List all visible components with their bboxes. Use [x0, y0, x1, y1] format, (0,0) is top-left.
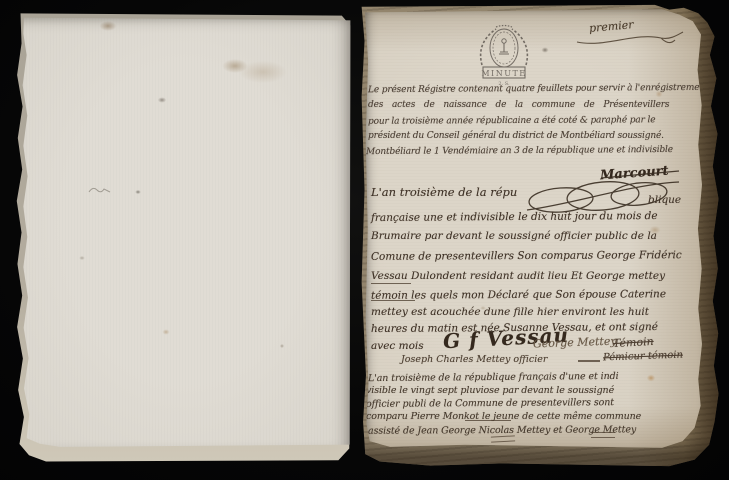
manuscript-line: Le présent Régistre contenant quatre feu…	[368, 83, 709, 95]
manuscript-line: avec mois	[371, 340, 424, 352]
manuscript-line: pour la troisième année républicaine a é…	[368, 115, 655, 127]
manuscript-line: française une et indivisible le dix huit…	[371, 210, 658, 224]
strike-mark	[371, 300, 415, 301]
flourish-mark	[575, 30, 687, 48]
signature-mettey: George Mettey	[533, 335, 617, 351]
pencil-mark	[86, 181, 116, 199]
underline-mark	[465, 420, 511, 421]
signature-officer: Joseph Charles Mettey officier	[401, 354, 547, 365]
stamp-banner-text: MINUTE	[481, 69, 526, 78]
manuscript-line: des actes de naissance de la commune de …	[368, 100, 669, 110]
manuscript-line: visible le vingt sept pluviose par devan…	[366, 385, 614, 396]
manuscript-line: témoin les quels mon Déclaré que Son épo…	[371, 288, 666, 302]
underline-mark	[371, 283, 411, 284]
manuscript-line: Comune de presentevillers Son comparus G…	[371, 249, 682, 263]
manuscript-line: Montbéliard le 1 Vendémiaire an 3 de la …	[366, 145, 673, 157]
closing-dash-mark	[591, 432, 615, 438]
minute-stamp-icon: MINUTE 2. S.	[466, 23, 542, 87]
signature-mettey-role: Témoin	[613, 335, 654, 350]
manuscript-line: mettey est acouchée dune fille hier envi…	[371, 306, 649, 318]
manuscript-line: Vessau Dulondent residant audit lieu Et …	[371, 270, 665, 282]
manuscript-line: L'an troisième de la répu	[371, 185, 517, 199]
left-blank-page	[20, 16, 351, 449]
dash-mark	[578, 360, 600, 362]
manuscript-line: Brumaire par devant le soussigné officie…	[371, 230, 657, 242]
signature-witness2: Pémicur témoin	[603, 350, 683, 364]
manuscript-line: L'an troisième de la république français…	[368, 371, 619, 384]
right-manuscript-page: premier MINUTE 2. S. Le présent Régistre…	[363, 8, 703, 450]
closing-dash-mark	[491, 435, 515, 442]
manuscript-line: président du Conseil général du district…	[368, 131, 664, 141]
manuscript-line: blique	[648, 194, 681, 206]
manuscript-line: officier publi de la Commune de presente…	[366, 397, 614, 410]
